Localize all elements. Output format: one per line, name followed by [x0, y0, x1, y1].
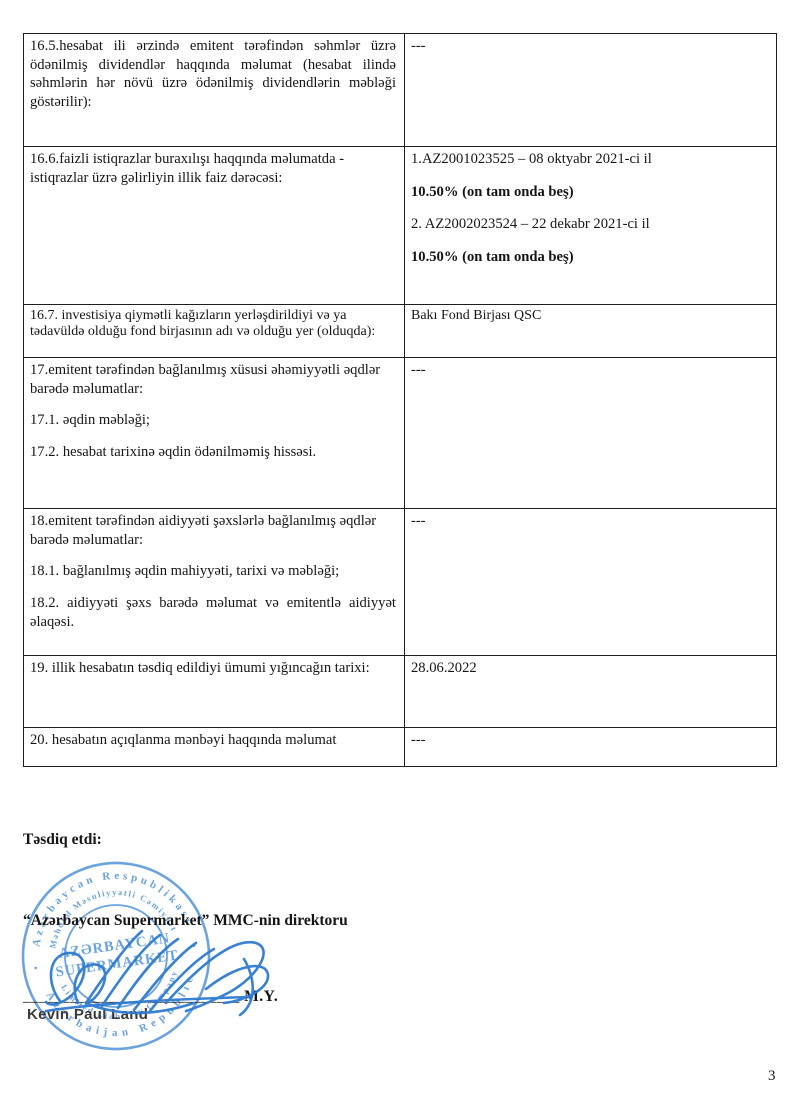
table-row: 16.5.hesabat ili ərzində emitent tərəfin…	[24, 34, 776, 147]
row-20-label: 20. hesabatın açıqlanma mənbəyi haqqında…	[30, 731, 396, 750]
table-cell-value: ---	[405, 509, 776, 655]
table-cell-value: ---	[405, 34, 776, 146]
row-17-label: 17.emitent tərəfindən bağlanılmış xüsusi…	[30, 361, 396, 398]
table-row: 20. hesabatın açıqlanma mənbəyi haqqında…	[24, 728, 776, 766]
bond-issue-2: 2. AZ2002023524 – 22 dekabr 2021-ci il	[411, 215, 768, 234]
row-18-label: 18.emitent tərəfindən aidiyyəti şəxslərl…	[30, 512, 396, 549]
table-cell-label: 16.5.hesabat ili ərzində emitent tərəfin…	[24, 34, 405, 146]
row-18-2-label: 18.2. aidiyyəti şəxs barədə məlumat və e…	[30, 594, 396, 631]
table-cell-label: 16.6.faizli istiqrazlar buraxılışı haqqı…	[24, 147, 405, 304]
table-cell-label: 18.emitent tərəfindən aidiyyəti şəxslərl…	[24, 509, 405, 655]
page-number: 3	[768, 1068, 776, 1085]
document-page: 16.5.hesabat ili ərzində emitent tərəfin…	[0, 0, 800, 1115]
row-16-5-value: ---	[411, 37, 768, 56]
approval-date-value: 28.06.2022	[411, 659, 768, 678]
table-cell-value: 28.06.2022	[405, 656, 776, 727]
table-cell-value: ---	[405, 728, 776, 766]
table-cell-value: ---	[405, 358, 776, 508]
table-row: 19. illik hesabatın təsdiq edildiyi ümum…	[24, 656, 776, 728]
row-16-7-label: 16.7. investisiya qiymətli kağızların ye…	[30, 308, 396, 341]
table-row: 17.emitent tərəfindən bağlanılmış xüsusi…	[24, 358, 776, 509]
report-table: 16.5.hesabat ili ərzində emitent tərəfin…	[23, 33, 777, 767]
table-cell-value: Bakı Fond Birjası QSC	[405, 305, 776, 357]
table-row: 18.emitent tərəfindən aidiyyəti şəxslərl…	[24, 509, 776, 656]
table-cell-value: 1.AZ2001023525 – 08 oktyabr 2021-ci il 1…	[405, 147, 776, 304]
row-18-1-label: 18.1. bağlanılmış əqdin mahiyyəti, tarix…	[30, 562, 396, 581]
signature-strokes	[38, 903, 308, 1028]
table-cell-label: 20. hesabatın açıqlanma mənbəyi haqqında…	[24, 728, 405, 766]
row-17-2-label: 17.2. hesabat tarixinə əqdin ödənilməmiş…	[30, 443, 396, 462]
handwritten-signature	[38, 903, 308, 1028]
bond-issue-1: 1.AZ2001023525 – 08 oktyabr 2021-ci il	[411, 150, 768, 169]
row-16-6-label: 16.6.faizli istiqrazlar buraxılışı haqqı…	[30, 150, 396, 187]
approval-label: Təsdiq etdi:	[23, 831, 102, 849]
row-17-1-label: 17.1. əqdin məbləği;	[30, 411, 396, 430]
table-row: 16.6.faizli istiqrazlar buraxılışı haqqı…	[24, 147, 776, 305]
row-18-value: ---	[411, 512, 768, 531]
table-cell-label: 19. illik hesabatın təsdiq edildiyi ümum…	[24, 656, 405, 727]
table-row: 16.7. investisiya qiymətli kağızların ye…	[24, 305, 776, 358]
table-cell-label: 16.7. investisiya qiymətli kağızların ye…	[24, 305, 405, 357]
row-17-value: ---	[411, 361, 768, 380]
row-16-5-label: 16.5.hesabat ili ərzində emitent tərəfin…	[30, 37, 396, 112]
bond-rate-1: 10.50% (on tam onda beş)	[411, 183, 768, 202]
stock-exchange-value: Bakı Fond Birjası QSC	[411, 308, 768, 324]
row-19-label: 19. illik hesabatın təsdiq edildiyi ümum…	[30, 659, 396, 678]
row-20-value: ---	[411, 731, 768, 750]
table-cell-label: 17.emitent tərəfindən bağlanılmış xüsusi…	[24, 358, 405, 508]
bond-rate-2: 10.50% (on tam onda beş)	[411, 248, 768, 267]
